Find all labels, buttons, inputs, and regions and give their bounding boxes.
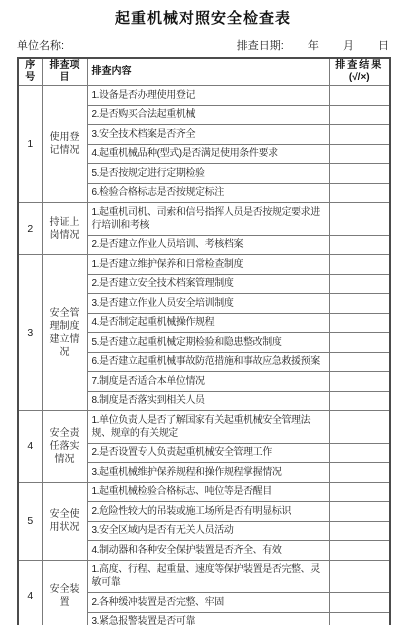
section-item-cell: 安全管理制度建立情况	[42, 255, 87, 411]
content-cell: 1.单位负责人是否了解国家有关起重机械安全管理法规、规章的有关规定	[87, 411, 329, 444]
result-cell	[329, 333, 390, 353]
result-cell	[329, 125, 390, 145]
content-cell: 2.是否购买合法起重机械	[87, 105, 329, 125]
content-cell: 2.各种缓冲装置是否完整、牢固	[87, 593, 329, 613]
result-cell	[329, 612, 390, 625]
content-cell: 3.安全区域内是否有无关人员活动	[87, 521, 329, 541]
result-cell	[329, 391, 390, 411]
content-cell: 6.检验合格标志是否按规定标注	[87, 183, 329, 203]
content-cell: 5.是否建立起重机械定期检验和隐患整改制度	[87, 333, 329, 353]
content-cell: 1.是否建立维护保养和日常检查制度	[87, 255, 329, 275]
content-cell: 2.危险性较大的吊装或施工场所是否有明显标识	[87, 502, 329, 522]
section-item-cell: 安全装置	[42, 560, 87, 625]
checklist-body: 1使用登记情况1.设备是否办理使用登记2.是否购买合法起重机械3.安全技术档案是…	[18, 86, 390, 625]
content-cell: 4.是否制定起重机械操作规程	[87, 313, 329, 333]
result-cell	[329, 274, 390, 294]
table-row: 4安全装置1.高度、行程、起重量、速度等保护装置是否完整、灵敏可靠	[18, 560, 390, 593]
content-cell: 4.制动器和各种安全保护装置是否齐全、有效	[87, 541, 329, 561]
header-row: 序号 排查项目 排查内容 排查结果 (√/×)	[18, 58, 390, 86]
result-cell	[329, 144, 390, 164]
header-inspection-content: 排查内容	[87, 58, 329, 86]
result-cell	[329, 105, 390, 125]
content-cell: 3.安全技术档案是否齐全	[87, 125, 329, 145]
date-year-label: 年	[308, 37, 319, 53]
section-number-cell: 4	[18, 560, 42, 625]
content-cell: 2.是否设置专人负责起重机械安全管理工作	[87, 443, 329, 463]
date-label: 排查日期:	[237, 37, 284, 53]
content-cell: 4.起重机械品种(型式)是否满足使用条件要求	[87, 144, 329, 164]
section-item-cell: 持证上岗情况	[42, 203, 87, 255]
result-cell	[329, 411, 390, 444]
table-row: 3安全管理制度建立情况1.是否建立维护保养和日常检查制度	[18, 255, 390, 275]
result-cell	[329, 443, 390, 463]
content-cell: 1.起重机司机、司索和信号指挥人员是否按规定要求进行培训和考核	[87, 203, 329, 236]
header-inspection-item: 排查项目	[42, 58, 87, 86]
table-row: 1使用登记情况1.设备是否办理使用登记	[18, 86, 390, 106]
section-number-cell: 2	[18, 203, 42, 255]
result-cell	[329, 541, 390, 561]
document-sheet: 起重机械对照安全检查表 单位名称: 排查日期: 年 月 日 序号 排查项目 排查…	[17, 0, 389, 625]
content-cell: 1.高度、行程、起重量、速度等保护装置是否完整、灵敏可靠	[87, 560, 329, 593]
result-cell	[329, 593, 390, 613]
result-cell	[329, 255, 390, 275]
content-cell: 6.是否建立起重机械事故防范措施和事故应急救援预案	[87, 352, 329, 372]
content-cell: 3.是否建立作业人员安全培训制度	[87, 294, 329, 314]
unit-name-label: 单位名称:	[17, 37, 64, 53]
content-cell: 1.起重机械检验合格标志、吨位等是否醒目	[87, 482, 329, 502]
page-title: 起重机械对照安全检查表	[17, 0, 389, 28]
header-serial-number: 序号	[18, 58, 42, 86]
content-cell: 2.是否建立作业人员培训、考核档案	[87, 235, 329, 255]
date-month-label: 月	[343, 37, 354, 53]
result-cell	[329, 235, 390, 255]
result-cell	[329, 502, 390, 522]
result-cell	[329, 560, 390, 593]
section-item-cell: 安全责任落实情况	[42, 411, 87, 483]
content-cell: 5.是否按规定进行定期检验	[87, 164, 329, 184]
inspection-date: 排查日期: 年 月 日	[237, 37, 389, 53]
safety-checklist-table: 序号 排查项目 排查内容 排查结果 (√/×) 1使用登记情况1.设备是否办理使…	[17, 57, 391, 625]
result-cell	[329, 164, 390, 184]
result-cell	[329, 463, 390, 483]
result-cell	[329, 352, 390, 372]
result-cell	[329, 294, 390, 314]
section-number-cell: 1	[18, 86, 42, 203]
section-number-cell: 5	[18, 482, 42, 560]
result-cell	[329, 521, 390, 541]
table-row: 4安全责任落实情况1.单位负责人是否了解国家有关起重机械安全管理法规、规章的有关…	[18, 411, 390, 444]
result-cell	[329, 372, 390, 392]
header-result-marks: (√/×)	[332, 72, 388, 84]
header-result-title: 排查结果	[332, 60, 388, 72]
content-cell: 7.制度是否适合本单位情况	[87, 372, 329, 392]
result-cell	[329, 203, 390, 236]
header-inspection-result: 排查结果 (√/×)	[329, 58, 390, 86]
content-cell: 2.是否建立安全技术档案管理制度	[87, 274, 329, 294]
table-row: 5安全使用状况1.起重机械检验合格标志、吨位等是否醒目	[18, 482, 390, 502]
content-cell: 3.紧急报警装置是否可靠	[87, 612, 329, 625]
date-day-label: 日	[378, 37, 389, 53]
content-cell: 8.制度是否落实到相关人员	[87, 391, 329, 411]
result-cell	[329, 183, 390, 203]
content-cell: 1.设备是否办理使用登记	[87, 86, 329, 106]
result-cell	[329, 86, 390, 106]
section-item-cell: 安全使用状况	[42, 482, 87, 560]
result-cell	[329, 313, 390, 333]
section-number-cell: 4	[18, 411, 42, 483]
section-number-cell: 3	[18, 255, 42, 411]
meta-row: 单位名称: 排查日期: 年 月 日	[17, 37, 389, 53]
section-item-cell: 使用登记情况	[42, 86, 87, 203]
result-cell	[329, 482, 390, 502]
table-row: 2持证上岗情况1.起重机司机、司索和信号指挥人员是否按规定要求进行培训和考核	[18, 203, 390, 236]
content-cell: 3.起重机械维护保养规程和操作规程掌握情况	[87, 463, 329, 483]
